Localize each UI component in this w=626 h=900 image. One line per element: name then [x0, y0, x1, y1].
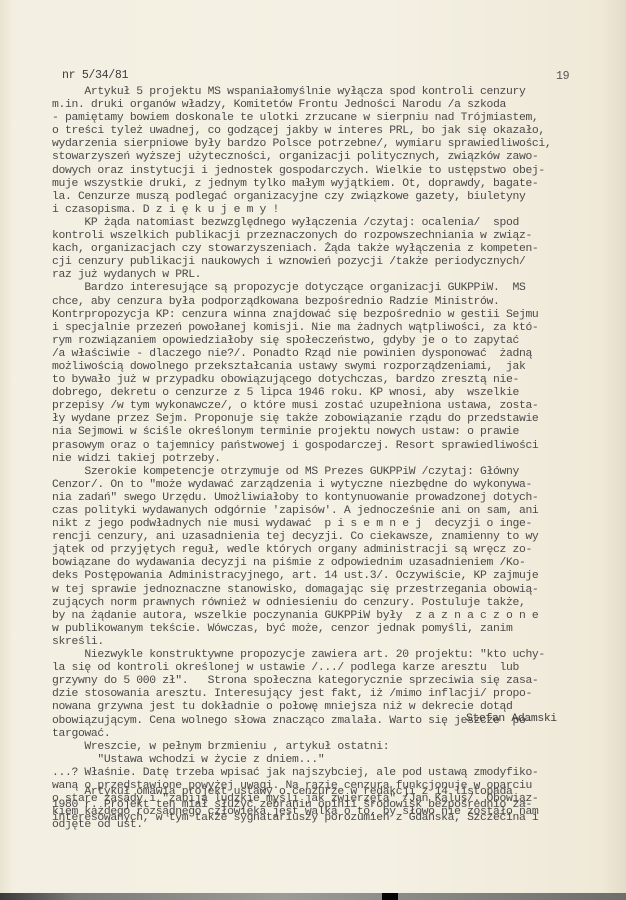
text-line: i czasopisma. D z i ę k u j e m y !	[52, 204, 551, 217]
text-line: by na żądanie autora, wszelkie poczynani…	[52, 610, 551, 623]
text-line: skreśli.	[52, 636, 551, 649]
text-line: muje wszystkie druki, z jednym tylko mał…	[52, 178, 551, 191]
text-line: rym rozwiązaniem opowiedziałoby się społ…	[52, 335, 551, 348]
text-line: raz już wydanych w PRL.	[52, 269, 551, 282]
text-line: cji cenzury publikacji naukowych i wznow…	[52, 256, 551, 269]
document-page: nr 5/34/81 19 Artykuł 5 projektu MS wspa…	[0, 0, 626, 893]
footnote-line: 1980 r. Projekt ten miał służyć zebraniu…	[52, 799, 538, 812]
text-line: prasowym oraz o tajemnicy państwowej i g…	[52, 440, 551, 453]
text-line: ...? Właśnie. Datę trzeba wpisać jak naj…	[52, 767, 551, 780]
text-line: rencji cenzury, ani uzasadnienia tej dec…	[52, 531, 551, 544]
text-line: to bywało już w przypadku obowiązującego…	[52, 374, 551, 387]
issue-number: nr 5/34/81	[62, 69, 128, 82]
text-line: la. Cenzurze muszą podlegać organizacyjn…	[52, 191, 551, 204]
text-line: wydarzenia sierpniowe były bardzo Polsce…	[52, 138, 551, 151]
text-line: nie widzi takiej potrzeby.	[52, 453, 551, 466]
text-line: nia Sejmowi w ściśle określonym terminie…	[52, 426, 551, 439]
text-line: KP żąda natomiast bezwzględnego wyłączen…	[52, 217, 551, 230]
text-line: dowych oraz instytucji i jednostek gospo…	[52, 165, 551, 178]
text-line: nia zadań" swego Urzędu. Umożliwiałoby t…	[52, 492, 551, 505]
text-line: możliwością dowolnego przekształcania us…	[52, 361, 551, 374]
scan-edge-mark	[382, 893, 398, 900]
footnote-line: interesowanych, w tym także sygnatariusz…	[52, 812, 538, 825]
text-line: deks Postępowania Administracyjnego, art…	[52, 570, 551, 583]
text-line: w tej sprawie jednoznaczne stanowisko, d…	[52, 584, 551, 597]
text-line: Szerokie kompetencje otrzymuje od MS Pre…	[52, 466, 551, 479]
text-line: m.in. druki organów władzy, Komitetów Fr…	[52, 99, 551, 112]
author-signature: Stefan Adamski	[466, 713, 557, 726]
text-line: nikt z jego podwładnych nie musi wydawać…	[52, 518, 551, 531]
text-line: "Ustawa wchodzi w życie z dniem..."	[52, 754, 551, 767]
text-line: targować.	[52, 728, 551, 741]
text-line: kach, organizacjach czy stowarzyszeniach…	[52, 243, 551, 256]
text-line: o treści tyleż uwadnej, co godzącej jakb…	[52, 125, 551, 138]
text-line: dzie stosowania aresztu. Interesujący je…	[52, 688, 551, 701]
text-line: /a właściwie - dlaczego nie?/. Ponadto R…	[52, 348, 551, 361]
text-line: - pamiętamy bowiem doskonale te ulotki z…	[52, 112, 551, 125]
text-line: i specjalnie przezeń powołanej komisji. …	[52, 322, 551, 335]
text-line: grzywny do 5 000 zł". Strona społeczna k…	[52, 675, 551, 688]
text-line: Bardzo interesujące są propozycje dotycz…	[52, 282, 551, 295]
text-line: w publikowanym tekście. Wówczas, być moż…	[52, 623, 551, 636]
text-line: chce, aby cenzura była podporządkowana b…	[52, 296, 551, 309]
text-line: stowarzyszeń wyższej użyteczności, organ…	[52, 151, 551, 164]
text-line: bowiązane do wydawania decyzji na piśmie…	[52, 557, 551, 570]
text-line: czas polityki wydawanych odgórnie 'zapis…	[52, 505, 551, 518]
scan-edge	[0, 893, 626, 900]
text-line: zujących norm prawnych również w odniesi…	[52, 597, 551, 610]
text-line: la się od kontroli określonej w ustawie …	[52, 662, 551, 675]
text-line: ły wydane przez Sejm. Proponuje się takż…	[52, 413, 551, 426]
text-line: kontroli wszelkich publikacji przeznaczo…	[52, 230, 551, 243]
footnote-line: Artykuł omawia projekt ustawy o cenzurze…	[52, 786, 538, 799]
text-line: przepisy /w tym wykonawcze/, o które mus…	[52, 400, 551, 413]
text-line: Wreszcie, w pełnym brzmieniu , artykuł o…	[52, 741, 551, 754]
text-line: Artykuł 5 projektu MS wspaniałomyślnie w…	[52, 86, 551, 99]
page-number: 19	[556, 70, 569, 83]
text-line: Cenzor/. On to "może wydawać zarządzenia…	[52, 479, 551, 492]
text-line: jątek od przyjętych reguł, wedle których…	[52, 544, 551, 557]
text-line: Niezwykle konstruktywne propozycje zawie…	[52, 649, 551, 662]
text-line: Kontrpropozycja KP: cenzura winna znajdo…	[52, 309, 551, 322]
footnote: Artykuł omawia projekt ustawy o cenzurze…	[52, 786, 538, 825]
text-line: dobrego, dekretu o cenzurze z 5 lipca 19…	[52, 387, 551, 400]
